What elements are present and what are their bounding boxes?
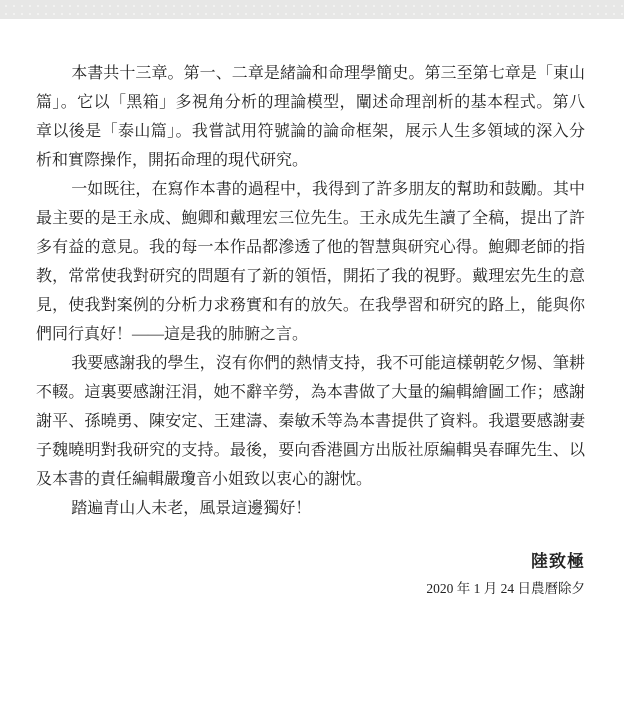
- book-page-view: 本書共十三章。第一、二章是緒論和命理學簡史。第三至第七章是「東山篇」。它以「黑箱…: [0, 0, 624, 702]
- author-signature: 陸致極: [36, 551, 585, 573]
- signature-block: 陸致極 2020 年 1 月 24 日農曆除夕: [36, 551, 585, 598]
- paragraph-acknowledgement-students-editors: 我要感謝我的學生，沒有你們的熱情支持，我不可能這樣朝乾夕惕、筆耕不輟。這裏要感謝…: [36, 349, 585, 494]
- paragraph-acknowledgement-friends: 一如既往，在寫作本書的過程中，我得到了許多朋友的幫助和鼓勵。其中最主要的是王永成…: [36, 175, 585, 349]
- date-line: 2020 年 1 月 24 日農曆除夕: [36, 580, 585, 598]
- paragraph-chapters-overview: 本書共十三章。第一、二章是緒論和命理學簡史。第三至第七章是「東山篇」。它以「黑箱…: [36, 59, 585, 175]
- page-content: 本書共十三章。第一、二章是緒論和命理學簡史。第三至第七章是「東山篇」。它以「黑箱…: [0, 19, 624, 598]
- page-top-gutter: [0, 0, 624, 19]
- paragraph-closing-line: 踏遍青山人未老，風景這邊獨好！: [36, 494, 585, 523]
